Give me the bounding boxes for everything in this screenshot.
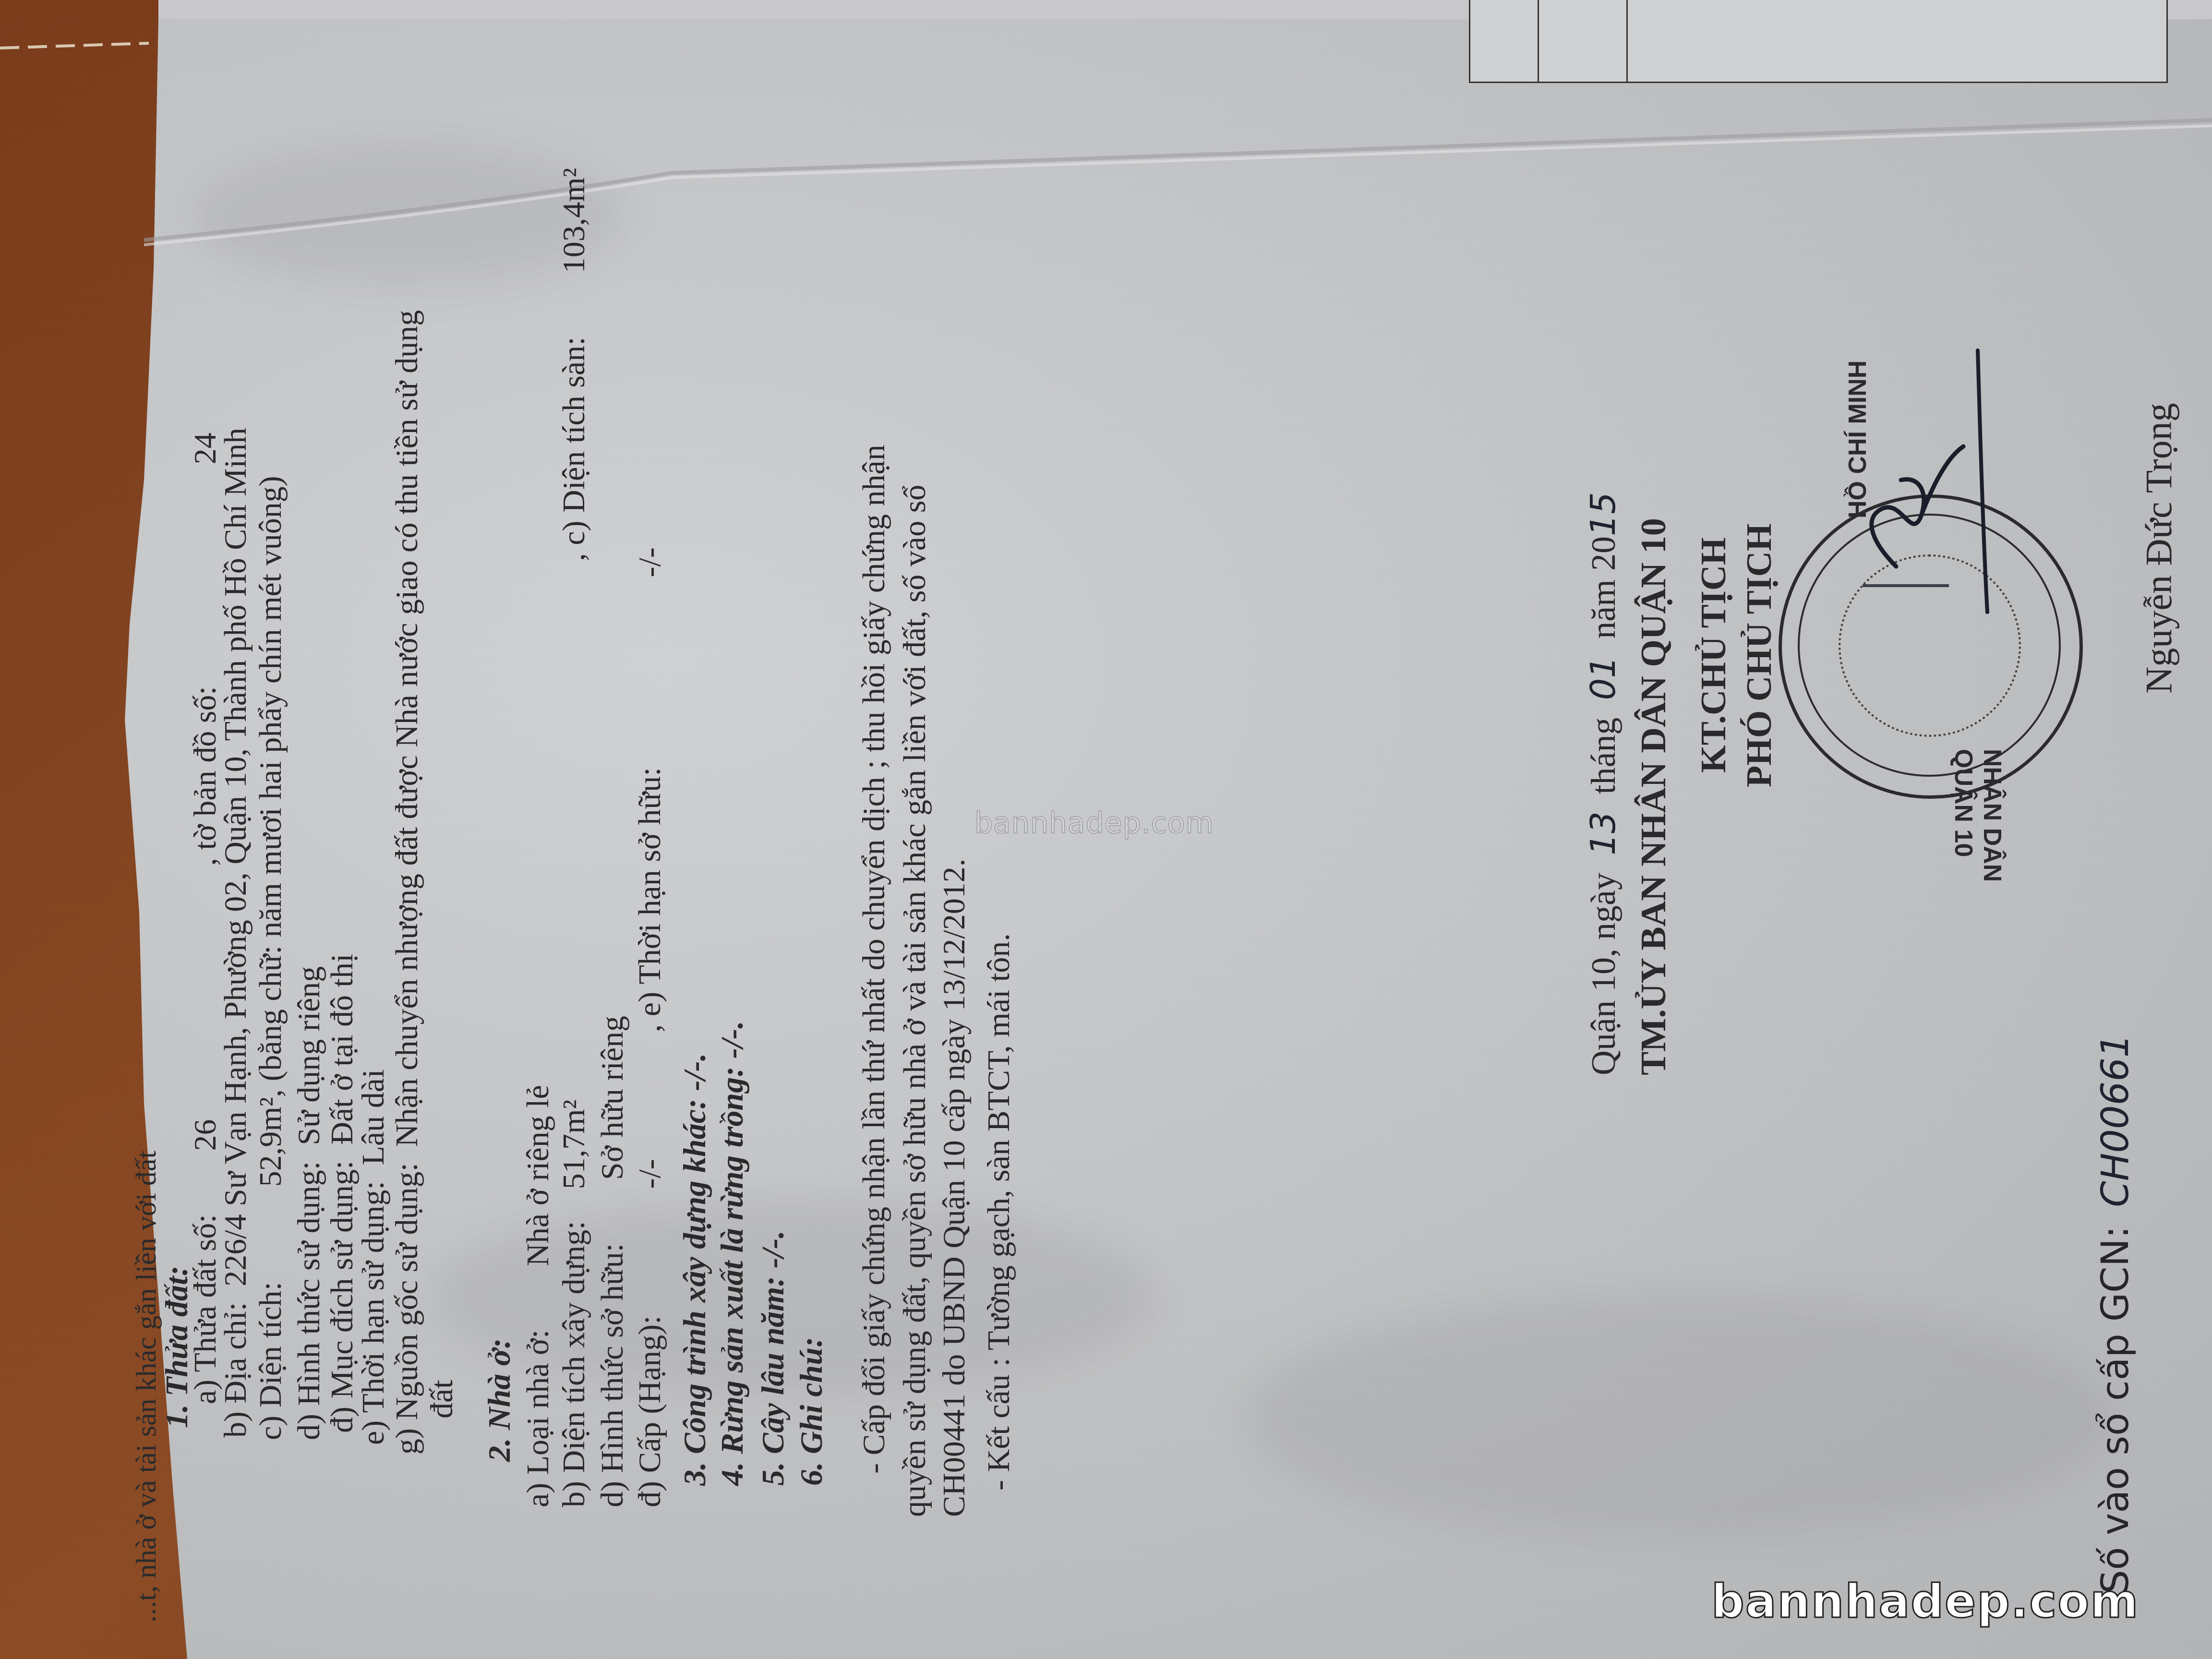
house-type-value: Nhà ở riêng lẻ	[520, 1085, 555, 1266]
address-label: b) Địa chỉ:	[218, 1302, 253, 1438]
section2-b: b) Diện tích xây dựng: 51,7m² , c) Diện …	[557, 168, 591, 1507]
construction-area-value: 51,7m²	[556, 1100, 591, 1190]
signature-icon	[1776, 336, 2064, 672]
section2-d: d) Hình thức sở hữu: Sở hữu riêng	[595, 1016, 630, 1507]
year-handwritten: 15	[1583, 492, 1623, 536]
section1-g: g) Nguồn gốc sử dụng: Nhận chuyển nhượng…	[390, 310, 424, 1455]
section1-dd: đ) Mục đích sử dụng: Đất ở tại đô thị	[325, 954, 360, 1433]
header-cut-line: ...t, nhà ở và tài sản khác gắn liền với…	[129, 1151, 163, 1623]
construction-area-label: b) Diện tích xây dựng:	[556, 1221, 591, 1507]
section2-dd: đ) Cấp (Hạng): -/- , e) Thời hạn sở hữu:…	[633, 547, 667, 1507]
land-area-label: c) Diện tích:	[253, 1282, 288, 1440]
stamp-text-bottom: NHÂN DÂN QUẬN 10	[1949, 749, 2007, 954]
photo-scene: ...t, nhà ở và tài sản khác gắn liền với…	[0, 0, 2212, 1659]
gcn-registration: Số vào sổ cấp GCN: CH00661	[2095, 1034, 2136, 1594]
section2-title: 2. Nhà ở:	[482, 1338, 517, 1462]
notes-line-4: - Kết cấu : Tường gạch, sàn BTCT, mái tô…	[982, 933, 1016, 1491]
grade-value: -/-	[632, 1159, 667, 1189]
floor-area-value: 103,4m²	[556, 168, 591, 274]
section1-b: b) Địa chỉ: 226/4 Sư Vạn Hạnh, Phường 02…	[218, 428, 253, 1438]
section3-other-constructions: 3. Công trình xây dựng khác: -/-.	[678, 1053, 712, 1486]
usage-form-value: Sử dụng riêng	[291, 966, 326, 1145]
usage-purpose-label: đ) Mục đích sử dụng:	[325, 1161, 360, 1433]
top-table-fragment	[1469, 0, 2168, 83]
section1-e: e) Thời hạn sử dụng: Lâu dài	[356, 1070, 391, 1445]
watermark-center: bannhadep.com	[974, 806, 1214, 840]
day-handwritten: 13	[1583, 811, 1623, 855]
ownership-form-label: d) Hình thức sở hữu:	[595, 1243, 630, 1507]
usage-origin-value: Nhận chuyển nhượng đất được Nhà nước gia…	[389, 310, 424, 1147]
grade-label: đ) Cấp (Hạng):	[632, 1315, 667, 1507]
signer-name: Nguyễn Đức Trọng	[2139, 403, 2179, 694]
section4-production-forest: 4. Rừng sản xuất là rừng trồng: -/-.	[715, 1021, 750, 1486]
signer-role-2: PHÓ CHỦ TỊCH	[1740, 523, 1779, 787]
floor-area-label: , c) Diện tích sàn:	[556, 337, 591, 561]
ownership-term-value: -/-	[632, 547, 667, 577]
section1-g-cont: đất	[425, 1380, 459, 1419]
house-type-label: a) Loại nhà ở:	[520, 1330, 555, 1507]
notes-line-1: - Cấp đổi giấy chứng nhận lần thứ nhất d…	[857, 445, 891, 1474]
section5-perennial-trees: 5. Cây lâu năm: -/-.	[756, 1230, 791, 1486]
usage-form-label: d) Hình thức sử dụng:	[291, 1161, 326, 1440]
watermark-corner: bannhadep.com	[1711, 1575, 2139, 1628]
gcn-label: Số vào sổ cấp GCN:	[2094, 1226, 2137, 1594]
month-handwritten: 01	[1583, 656, 1623, 700]
year-label: năm 20	[1584, 536, 1623, 639]
usage-origin-label: g) Nguồn gốc sử dụng:	[389, 1163, 424, 1455]
gcn-value: CH00661	[2094, 1034, 2137, 1207]
place-date-line: Quận 10, ngày 13 tháng 01 năm 2015	[1584, 492, 1622, 1075]
signer-role-1: KT.CHỦ TỊCH	[1695, 537, 1733, 773]
usage-purpose-value: Đất ở tại đô thị	[325, 954, 360, 1145]
section1-c: c) Diện tích: 52,9m², (bằng chữ: năm mươ…	[253, 476, 288, 1440]
usage-term-value: Lâu dài	[356, 1070, 391, 1166]
usage-term-label: e) Thời hạn sử dụng:	[356, 1181, 391, 1445]
section1-d: d) Hình thức sử dụng: Sử dụng riêng	[292, 966, 326, 1440]
ownership-form-value: Sở hữu riêng	[595, 1016, 630, 1180]
issuing-authority: TM.ỦY BAN NHÂN DÂN QUẬN 10	[1635, 518, 1673, 1075]
place-date-prefix: Quận 10, ngày	[1584, 873, 1623, 1075]
land-area-value: 52,9m², (bằng chữ: năm mươi hai phẩy chí…	[253, 476, 288, 1187]
month-label: tháng	[1584, 717, 1623, 794]
section2-a: a) Loại nhà ở: Nhà ở riêng lẻ	[521, 1085, 555, 1507]
address-value: 226/4 Sư Vạn Hạnh, Phường 02, Quận 10, T…	[218, 428, 253, 1286]
section6-title: 6. Ghi chú:	[794, 1337, 829, 1486]
notes-line-2: quyền sử dụng đất, quyền sở hữu nhà ở và…	[898, 485, 932, 1517]
notes-line-3: CH00441 do UBND Quận 10 cấp ngày 13/12/2…	[937, 859, 972, 1517]
ownership-term-label: , e) Thời hạn sở hữu:	[632, 768, 667, 1033]
